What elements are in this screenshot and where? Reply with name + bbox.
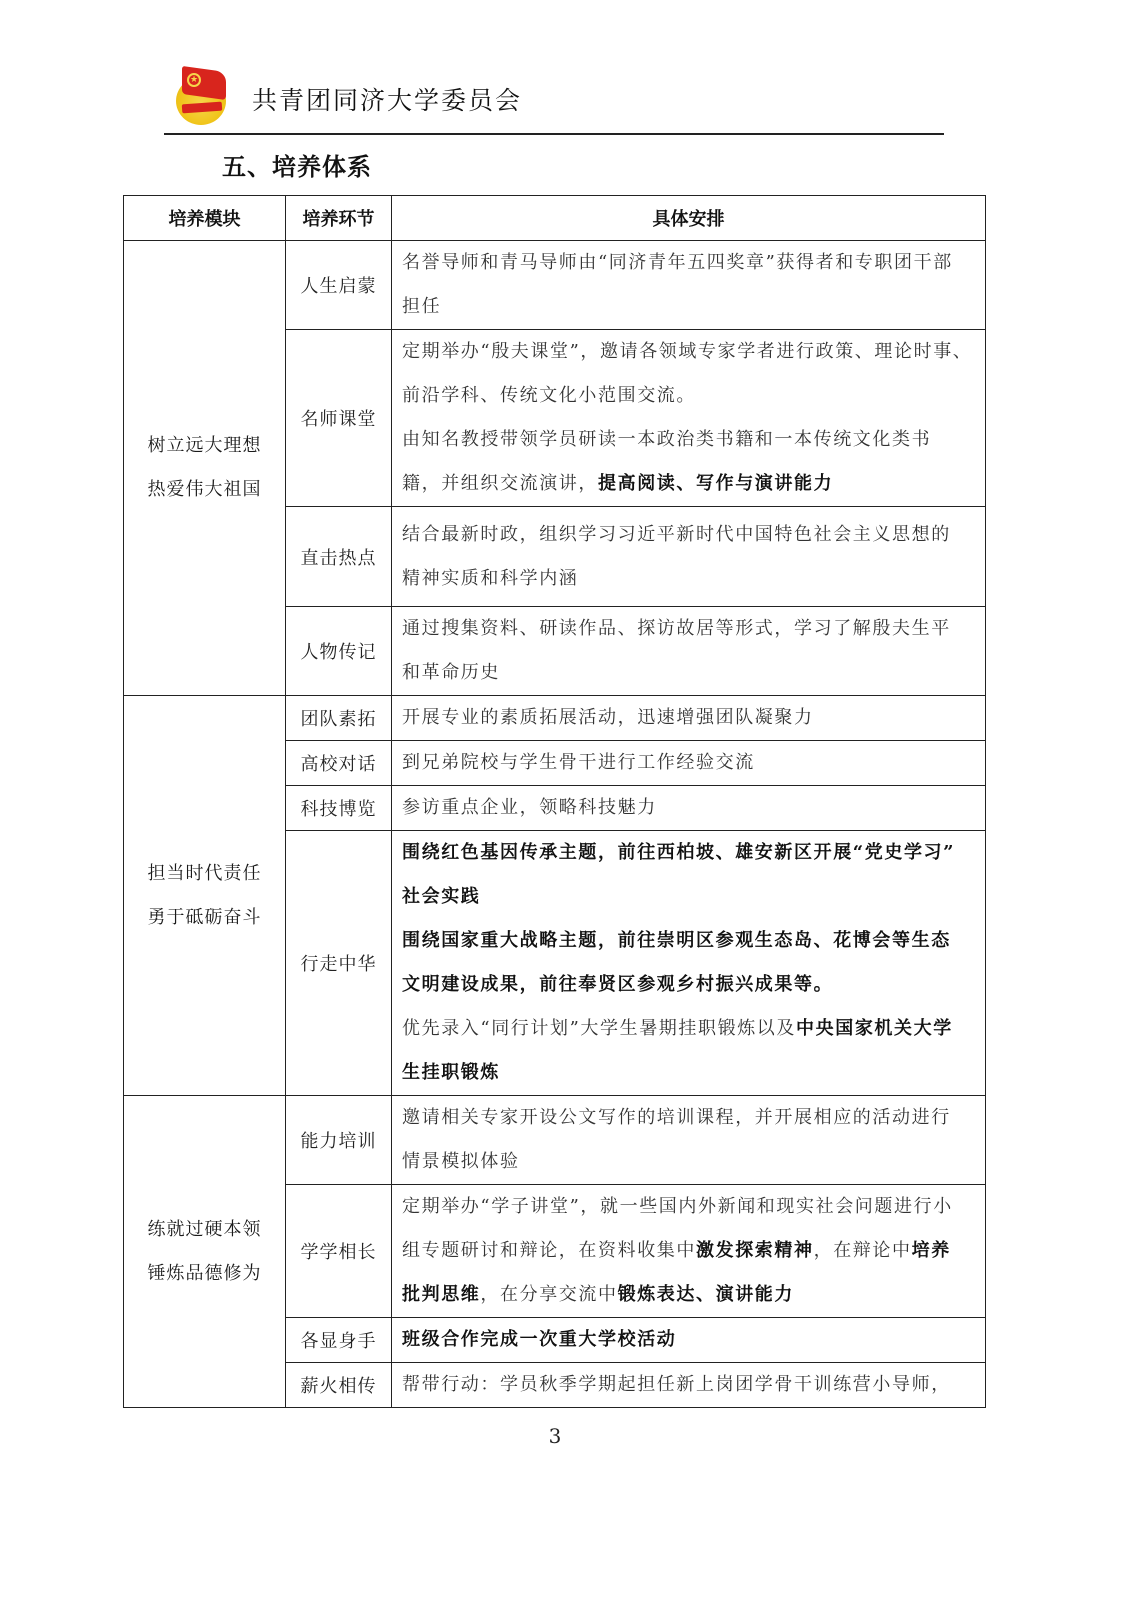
detail-line: 情景模拟体验 bbox=[402, 1140, 975, 1184]
emphasized-text: 文明建设成果，前往奉贤区参观乡村振兴成果等。 bbox=[402, 974, 833, 995]
module-label-line: 担当时代责任 bbox=[124, 852, 285, 896]
header-module: 培养模块 bbox=[124, 196, 286, 241]
emphasized-text: 提高阅读、写作与演讲能力 bbox=[598, 473, 833, 494]
detail-cell: 开展专业的素质拓展活动，迅速增强团队凝聚力 bbox=[392, 696, 986, 741]
step-cell: 学学相长 bbox=[286, 1185, 392, 1318]
detail-text: 开展专业的素质拓展活动，迅速增强团队凝聚力 bbox=[402, 707, 814, 728]
detail-text: 由知名教授带领学员研读一本政治类书籍和一本传统文化类书 bbox=[402, 429, 931, 450]
emphasized-text: 生挂职锻炼 bbox=[402, 1062, 500, 1083]
detail-cell: 邀请相关专家开设公文写作的培训课程，并开展相应的活动进行情景模拟体验 bbox=[392, 1096, 986, 1185]
detail-line: 定期举办“学子讲堂”，就一些国内外新闻和现实社会问题进行小 bbox=[402, 1185, 975, 1229]
detail-text: 到兄弟院校与学生骨干进行工作经验交流 bbox=[402, 752, 755, 773]
emphasized-text: 社会实践 bbox=[402, 886, 480, 907]
detail-line: 生挂职锻炼 bbox=[402, 1051, 975, 1095]
detail-cell: 帮带行动：学员秋季学期起担任新上岗团学骨干训练营小导师， bbox=[392, 1363, 986, 1408]
detail-cell: 通过搜集资料、研读作品、探访故居等形式，学习了解殷夫生平和革命历史 bbox=[392, 607, 986, 696]
module-label-line: 勇于砥砺奋斗 bbox=[124, 896, 285, 940]
detail-text: 通过搜集资料、研读作品、探访故居等形式，学习了解殷夫生平 bbox=[402, 618, 951, 639]
detail-cell: 定期举办“学子讲堂”，就一些国内外新闻和现实社会问题进行小组专题研讨和辩论，在资… bbox=[392, 1185, 986, 1318]
detail-text: 结合最新时政，组织学习习近平新时代中国特色社会主义思想的 bbox=[402, 524, 951, 545]
step-cell: 各显身手 bbox=[286, 1318, 392, 1363]
emphasized-text: 锻炼表达、演讲能力 bbox=[618, 1284, 794, 1305]
emphasized-text: 围绕红色基因传承主题，前往西柏坡、雄安新区开展“党史学习” bbox=[402, 842, 955, 863]
detail-text: 定期举办“学子讲堂”，就一些国内外新闻和现实社会问题进行小 bbox=[402, 1196, 953, 1217]
detail-line: 籍，并组织交流演讲，提高阅读、写作与演讲能力 bbox=[402, 462, 975, 506]
document-header: ★ 共青团同济大学委员会 bbox=[172, 62, 522, 128]
detail-line: 到兄弟院校与学生骨干进行工作经验交流 bbox=[402, 741, 975, 785]
detail-line: 参访重点企业，领略科技魅力 bbox=[402, 786, 975, 830]
module-label-line: 热爱伟大祖国 bbox=[124, 468, 285, 512]
step-cell: 直击热点 bbox=[286, 507, 392, 607]
detail-text: 和革命历史 bbox=[402, 662, 500, 683]
detail-line: 和革命历史 bbox=[402, 651, 975, 695]
module-label-line: 练就过硬本领 bbox=[124, 1208, 285, 1252]
header-divider bbox=[164, 133, 944, 135]
table-row: 练就过硬本领锤炼品德修为能力培训邀请相关专家开设公文写作的培训课程，并开展相应的… bbox=[124, 1096, 986, 1185]
module-cell: 担当时代责任勇于砥砺奋斗 bbox=[124, 696, 286, 1096]
detail-text: 帮带行动：学员秋季学期起担任新上岗团学骨干训练营小导师， bbox=[402, 1374, 951, 1395]
module-label-line: 树立远大理想 bbox=[124, 424, 285, 468]
detail-line: 开展专业的素质拓展活动，迅速增强团队凝聚力 bbox=[402, 696, 975, 740]
emphasized-text: 批判思维 bbox=[402, 1284, 480, 1305]
step-cell: 行走中华 bbox=[286, 831, 392, 1096]
step-cell: 薪火相传 bbox=[286, 1363, 392, 1408]
detail-line: 帮带行动：学员秋季学期起担任新上岗团学骨干训练营小导师， bbox=[402, 1363, 975, 1407]
detail-line: 组专题研讨和辩论，在资料收集中激发探索精神，在辩论中培养 bbox=[402, 1229, 975, 1273]
detail-text: 情景模拟体验 bbox=[402, 1151, 520, 1172]
organization-name: 共青团同济大学委员会 bbox=[252, 81, 522, 117]
detail-text: 名誉导师和青马导师由“同济青年五四奖章”获得者和专职团干部 bbox=[402, 252, 953, 273]
emphasized-text: 班级合作完成一次重大学校活动 bbox=[402, 1329, 676, 1350]
detail-text: ，在分享交流中 bbox=[480, 1284, 617, 1305]
detail-line: 担任 bbox=[402, 285, 975, 329]
detail-line: 名誉导师和青马导师由“同济青年五四奖章”获得者和专职团干部 bbox=[402, 241, 975, 285]
training-system-table: 培养模块 培养环节 具体安排 树立远大理想热爱伟大祖国人生启蒙名誉导师和青马导师… bbox=[123, 195, 986, 1408]
detail-line: 通过搜集资料、研读作品、探访故居等形式，学习了解殷夫生平 bbox=[402, 607, 975, 651]
detail-cell: 结合最新时政，组织学习习近平新时代中国特色社会主义思想的精神实质和科学内涵 bbox=[392, 507, 986, 607]
detail-cell: 班级合作完成一次重大学校活动 bbox=[392, 1318, 986, 1363]
detail-cell: 参访重点企业，领略科技魅力 bbox=[392, 786, 986, 831]
detail-line: 结合最新时政，组织学习习近平新时代中国特色社会主义思想的 bbox=[402, 513, 975, 557]
detail-line: 邀请相关专家开设公文写作的培训课程，并开展相应的活动进行 bbox=[402, 1096, 975, 1140]
detail-line: 前沿学科、传统文化小范围交流。 bbox=[402, 374, 975, 418]
section-title: 五、培养体系 bbox=[222, 147, 372, 182]
detail-text: 邀请相关专家开设公文写作的培训课程，并开展相应的活动进行 bbox=[402, 1107, 951, 1128]
emphasized-text: 围绕国家重大战略主题，前往崇明区参观生态岛、花博会等生态 bbox=[402, 930, 951, 951]
detail-text: 担任 bbox=[402, 296, 441, 317]
detail-text: 优先录入“同行计划”大学生暑期挂职锻炼以及 bbox=[402, 1018, 796, 1039]
emphasized-text: 培养 bbox=[912, 1240, 951, 1261]
detail-line: 围绕国家重大战略主题，前往崇明区参观生态岛、花博会等生态 bbox=[402, 919, 975, 963]
detail-text: 参访重点企业，领略科技魅力 bbox=[402, 797, 657, 818]
step-cell: 人生启蒙 bbox=[286, 241, 392, 330]
step-cell: 能力培训 bbox=[286, 1096, 392, 1185]
table-header-row: 培养模块 培养环节 具体安排 bbox=[124, 196, 986, 241]
header-detail: 具体安排 bbox=[392, 196, 986, 241]
detail-text: 籍，并组织交流演讲， bbox=[402, 473, 598, 494]
detail-text: 组专题研讨和辩论，在资料收集中 bbox=[402, 1240, 696, 1261]
module-cell: 练就过硬本领锤炼品德修为 bbox=[124, 1096, 286, 1408]
detail-line: 优先录入“同行计划”大学生暑期挂职锻炼以及中央国家机关大学 bbox=[402, 1007, 975, 1051]
detail-cell: 定期举办“殷夫课堂”，邀请各领域专家学者进行政策、理论时事、前沿学科、传统文化小… bbox=[392, 330, 986, 507]
step-cell: 科技博览 bbox=[286, 786, 392, 831]
detail-text: 精神实质和科学内涵 bbox=[402, 568, 578, 589]
table-row: 担当时代责任勇于砥砺奋斗团队素拓开展专业的素质拓展活动，迅速增强团队凝聚力 bbox=[124, 696, 986, 741]
step-cell: 名师课堂 bbox=[286, 330, 392, 507]
detail-cell: 名誉导师和青马导师由“同济青年五四奖章”获得者和专职团干部担任 bbox=[392, 241, 986, 330]
detail-line: 定期举办“殷夫课堂”，邀请各领域专家学者进行政策、理论时事、 bbox=[402, 330, 975, 374]
communist-youth-league-emblem-icon: ★ bbox=[172, 65, 232, 125]
detail-text: 前沿学科、传统文化小范围交流。 bbox=[402, 385, 696, 406]
detail-line: 社会实践 bbox=[402, 875, 975, 919]
detail-text: ，在辩论中 bbox=[814, 1240, 912, 1261]
detail-cell: 到兄弟院校与学生骨干进行工作经验交流 bbox=[392, 741, 986, 786]
module-label-line: 锤炼品德修为 bbox=[124, 1252, 285, 1296]
detail-line: 班级合作完成一次重大学校活动 bbox=[402, 1318, 975, 1362]
step-cell: 团队素拓 bbox=[286, 696, 392, 741]
detail-line: 文明建设成果，前往奉贤区参观乡村振兴成果等。 bbox=[402, 963, 975, 1007]
detail-line: 围绕红色基因传承主题，前往西柏坡、雄安新区开展“党史学习” bbox=[402, 831, 975, 875]
detail-text: 定期举办“殷夫课堂”，邀请各领域专家学者进行政策、理论时事、 bbox=[402, 341, 972, 362]
emphasized-text: 激发探索精神 bbox=[696, 1240, 814, 1261]
table-row: 树立远大理想热爱伟大祖国人生启蒙名誉导师和青马导师由“同济青年五四奖章”获得者和… bbox=[124, 241, 986, 330]
header-step: 培养环节 bbox=[286, 196, 392, 241]
module-cell: 树立远大理想热爱伟大祖国 bbox=[124, 241, 286, 696]
step-cell: 高校对话 bbox=[286, 741, 392, 786]
emphasized-text: 中央国家机关大学 bbox=[796, 1018, 953, 1039]
step-cell: 人物传记 bbox=[286, 607, 392, 696]
detail-line: 由知名教授带领学员研读一本政治类书籍和一本传统文化类书 bbox=[402, 418, 975, 462]
page-number: 3 bbox=[0, 1424, 1110, 1448]
detail-cell: 围绕红色基因传承主题，前往西柏坡、雄安新区开展“党史学习”社会实践围绕国家重大战… bbox=[392, 831, 986, 1096]
detail-line: 批判思维，在分享交流中锻炼表达、演讲能力 bbox=[402, 1273, 975, 1317]
detail-line: 精神实质和科学内涵 bbox=[402, 557, 975, 601]
